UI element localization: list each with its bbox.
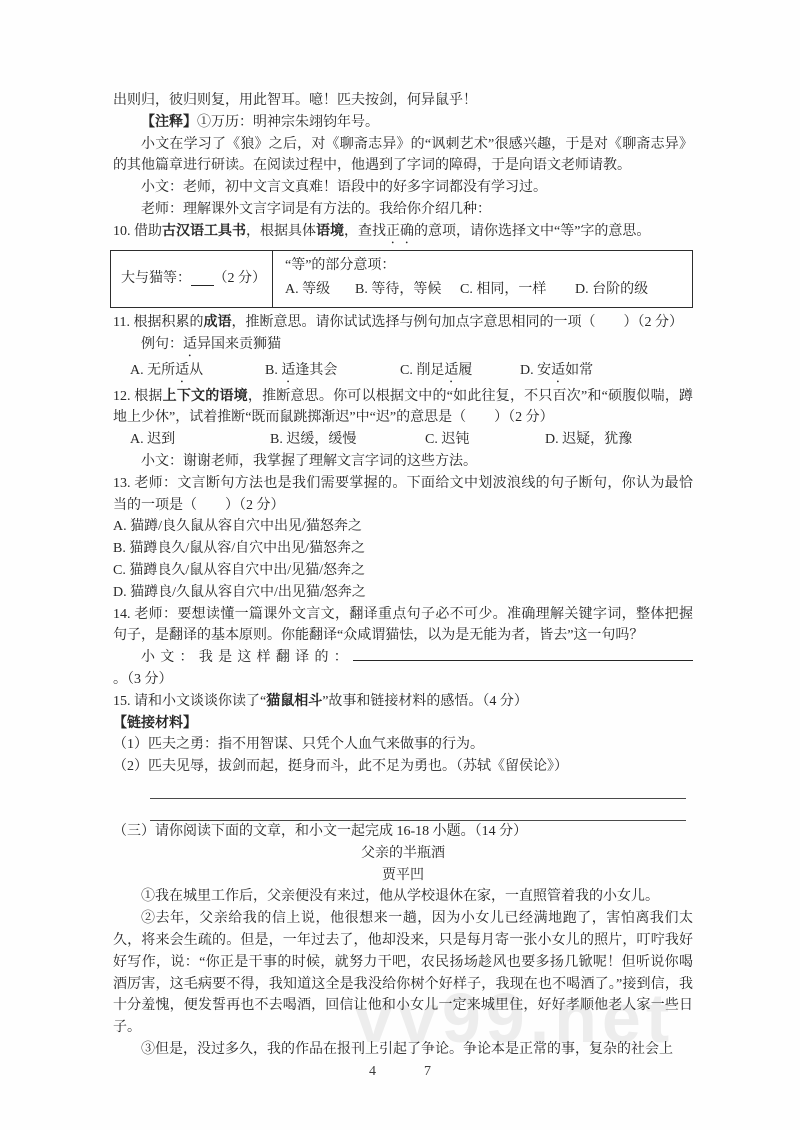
link-material-item-1: （1）匹夫之勇：指不用智谋、只凭个人血气来做事的行为。 (113, 734, 693, 756)
q14-answer-score: 。（3 分） (113, 672, 173, 687)
q15-answer-line-2 (150, 800, 686, 821)
q13-option-a: A. 猫蹲/良久鼠从容自穴中出见/猫怒奔之 (113, 516, 693, 538)
q11-option-dotted-char: 适 (281, 363, 295, 378)
q15-bold-story: 猫鼠相斗 (266, 694, 322, 709)
footer-page-number-right: 7 (424, 1064, 431, 1080)
q11-option-text: 履 (458, 363, 472, 378)
q13-option-d: D. 猫蹲良/久鼠从容自穴中/出见猫/怒奔之 (113, 582, 693, 604)
q12-bold-context: 上下文的语境 (163, 389, 248, 404)
q11-option-text: 从 (189, 363, 203, 378)
q11-text: ，推断意思。请你试试选择与例句加点字意思相同的一项（ ）（2 分） (231, 315, 683, 330)
question-10-answer-box: 大与猫等：（2 分） “等”的部分意项： A. 等级 B. 等待，等候 C. 相… (110, 250, 693, 308)
q10-text: 的意项，请你选择文中“等”字的意思。 (414, 224, 650, 239)
q15-answer-line-1 (150, 778, 686, 799)
article-paragraph-3: ③但是，没过多久，我的作品在报刊上引起了争论。争论本是正常的事，复杂的社会上 (113, 1039, 693, 1061)
q11-option-dotted-char: 适 (551, 363, 565, 378)
q11-example-text: 异国来贡狮猫 (197, 337, 281, 352)
question-15-stem: 15. 请和小文谈谈你读了“猫鼠相斗”故事和链接材料的感悟。（4 分） (113, 691, 693, 713)
q14-answer-line: 小文：我是这样翻译的：。（3 分） (113, 647, 693, 691)
q10-option-c: C. 相同，一样 (460, 278, 575, 302)
q10-option-a: A. 等级 (285, 278, 355, 302)
q12-text: 12. 根据 (113, 389, 163, 404)
q11-option-text: 安 (537, 363, 551, 378)
q10-dotted-word: 正确 (386, 224, 414, 239)
article-title: 父亲的半瓶酒 (113, 843, 693, 865)
q11-option-letter: D. (520, 363, 537, 378)
article-paragraph-2: ②去年，父亲给我的信上说，他很想来一趟，因为小女儿已经满地跑了，害怕离我们太久，… (113, 908, 693, 1039)
q11-option-c: C. 削足适履 (400, 360, 520, 386)
classical-passage-last-line: 出则归，彼归则复，用此智耳。噫！匹夫按剑，何异鼠乎！ (113, 90, 693, 112)
q11-option-text: 如常 (565, 363, 593, 378)
q13-option-c: C. 猫蹲良久/鼠从容自穴中出/见猫/怒奔之 (113, 560, 693, 582)
dialog-teacher-1: 老师：理解课外文言字词是有方法的。我给你介绍几种： (113, 199, 693, 221)
q12-option-d: D. 迟疑，犹豫 (545, 429, 632, 451)
q14-answer-blank (353, 647, 693, 661)
q12-option-b: B. 迟缓，缓慢 (270, 429, 425, 451)
section-3-header: （三）请你阅读下面的文章，和小文一起完成 16-18 小题。（14 分） (113, 821, 693, 843)
q10-bold-tool: 古汉语工具书 (162, 224, 246, 239)
q10-answer-blank (191, 272, 214, 286)
q15-text: ”故事和链接材料的感悟。（4 分） (322, 694, 528, 709)
note-label: 【注释】 (141, 115, 197, 130)
q12-option-a: A. 迟到 (130, 429, 270, 451)
q10-box-left-cell: 大与猫等：（2 分） (111, 251, 273, 307)
question-10-stem: 10. 借助古汉语工具书，根据具体语境，查找正确的意项，请你选择文中“等”字的意… (113, 221, 693, 247)
q10-text: ，根据具体 (246, 224, 316, 239)
link-material-item-2: （2）匹夫见辱，拔剑而起，挺身而斗，此不足为勇也。（苏轼《留侯论》） (113, 756, 693, 778)
passage-note: 【注释】①万历：明神宗朱翊钧年号。 (113, 112, 693, 134)
q11-example-sentence: 例句：适异国来贡狮猫 (113, 334, 693, 360)
q10-box-score: （2 分） (214, 268, 267, 290)
q10-text: 10. 借助 (113, 224, 162, 239)
q12-option-c: C. 迟钝 (425, 429, 545, 451)
q11-option-b: B. 适逢其会 (265, 360, 400, 386)
question-11-stem: 11. 根据积累的成语，推断意思。请你试试选择与例句加点字意思相同的一项（ ）（… (113, 312, 693, 334)
q11-text: 11. 根据积累的 (113, 315, 203, 330)
question-12-options: A. 迟到 B. 迟缓，缓慢 C. 迟钝 D. 迟疑，犹豫 (113, 429, 693, 451)
q13-option-b: B. 猫蹲良久/鼠从容/自穴中出见/猫怒奔之 (113, 538, 693, 560)
q11-option-letter: C. (400, 363, 416, 378)
q11-option-text: 无所 (147, 363, 175, 378)
q11-option-dotted-char: 适 (175, 363, 189, 378)
question-14-stem: 14. 老师：要想读懂一篇课外文言文，翻译重点句子必不可少。准确理解关键字词，整… (113, 604, 693, 648)
q10-box-prompt: 大与猫等： (121, 268, 191, 290)
page-footer: 4 7 (0, 1064, 800, 1080)
question-13-stem: 13. 老师：文言断句方法也是我们需要掌握的。下面给文中划波浪线的句子断句，你认… (113, 473, 693, 517)
q11-option-text: 逢其会 (295, 363, 337, 378)
note-text: ①万历：明神宗朱翊钧年号。 (197, 115, 379, 130)
q10-meanings-options: A. 等级 B. 等待，等候 C. 相同，一样 D. 台阶的级 (285, 278, 686, 302)
q11-option-text: 削足 (416, 363, 444, 378)
q10-option-b: B. 等待，等候 (355, 278, 460, 302)
q11-option-letter: A. (130, 363, 147, 378)
q14-answer-label: 小文：我是这样翻译的： (141, 650, 353, 665)
article-author: 贾平凹 (113, 865, 693, 887)
passage-intro: 小文在学习了《狼》之后，对《聊斋志异》的“讽刺艺术”很感兴趣，于是对《聊斋志异》… (113, 134, 693, 178)
question-12-stem: 12. 根据上下文的语境，推断意思。你可以根据文中的“如此往复，不只百次”和“硕… (113, 386, 693, 430)
q10-text: ，查找 (344, 224, 386, 239)
article-paragraph-1: ①我在城里工作后，父亲便没有来过，他从学校退休在家，一直照管着我的小女儿。 (113, 886, 693, 908)
question-11-options: A. 无所适从 B. 适逢其会 C. 削足适履 D. 安适如常 (113, 360, 693, 386)
q11-option-a: A. 无所适从 (130, 360, 265, 386)
q10-option-d: D. 台阶的级 (575, 278, 648, 302)
dialog-xiaowen-1: 小文：老师，初中文言文真难！语段中的好多字词都没有学习过。 (113, 177, 693, 199)
q11-example-label: 例句： (141, 337, 183, 352)
q11-option-d: D. 安适如常 (520, 360, 593, 386)
exam-page-content: 出则归，彼归则复，用此智耳。噫！匹夫按剑，何异鼠乎！ 【注释】①万历：明神宗朱翊… (113, 90, 693, 1061)
q15-text: 15. 请和小文谈谈你读了“ (113, 694, 266, 709)
q11-bold-idiom: 成语 (203, 315, 231, 330)
q11-option-dotted-char: 适 (444, 363, 458, 378)
link-material-header: 【链接材料】 (113, 713, 693, 735)
q11-example-dotted-char: 适 (183, 337, 197, 352)
q10-box-right-cell: “等”的部分意项： A. 等级 B. 等待，等候 C. 相同，一样 D. 台阶的… (273, 251, 692, 307)
q10-bold-context: 语境 (316, 224, 344, 239)
q11-option-letter: B. (265, 363, 281, 378)
q10-meanings-title: “等”的部分意项： (285, 254, 686, 278)
footer-page-number-left: 4 (369, 1064, 376, 1080)
dialog-xiaowen-2: 小文：谢谢老师，我掌握了理解文言字词的这些方法。 (113, 451, 693, 473)
